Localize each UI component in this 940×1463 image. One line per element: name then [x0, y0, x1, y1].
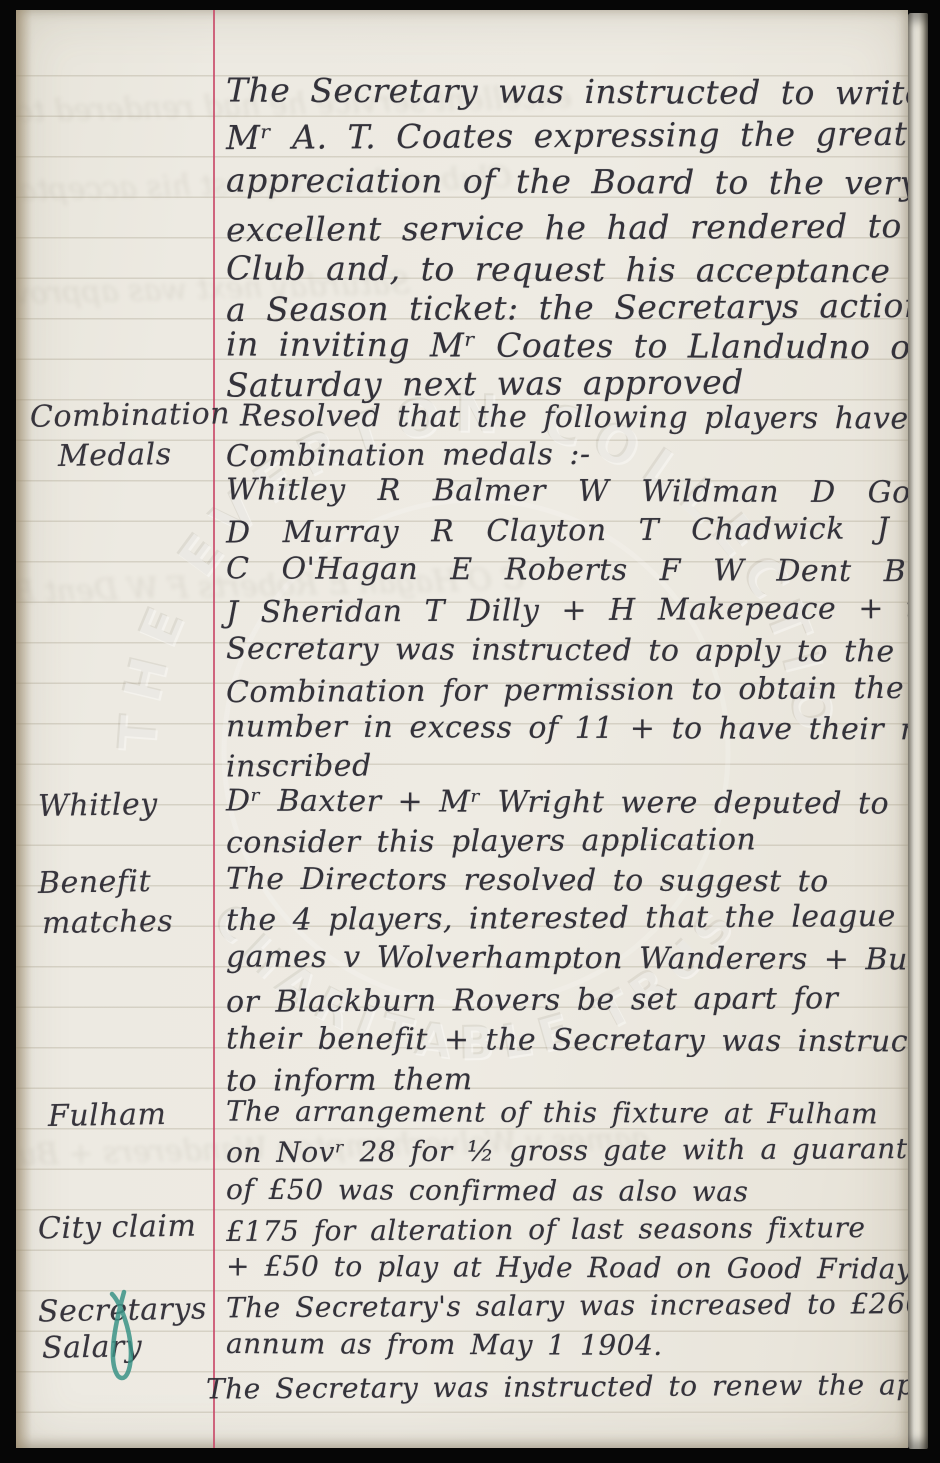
margin-note-benefit: Benefit	[38, 864, 152, 901]
handwriting-line: in inviting Mʳ Coates to Llandudno on	[226, 324, 908, 366]
margin-note-combination: Combination	[30, 396, 231, 434]
handwriting-line: Resolved that the following players have	[240, 399, 908, 437]
handwriting-line: The Directors resolved to suggest to	[226, 862, 829, 900]
handwriting-line: C O'Hagan E Roberts F W Dent B Rankin	[226, 551, 908, 590]
photo-frame: THE EVERTON COLLECTION THE EVERTON COLLE…	[0, 0, 940, 1463]
handwriting-line: their benefit + the Secretary was instru…	[226, 1021, 908, 1059]
handwriting-line: number in excess of 11 + to have their n…	[226, 709, 908, 747]
handwriting-line: on Novʳ 28 for ½ gross gate with a guara…	[226, 1132, 908, 1169]
handwriting-line: the 4 players, interested that the leagu…	[226, 899, 896, 938]
handwriting-line: games v Wolverhampton Wanderers + Bury	[226, 939, 908, 977]
red-margin-rule	[213, 10, 215, 1448]
handwriting-line: The Secretary was instructed to renew th…	[206, 1367, 908, 1405]
handwriting-line: Club and, to request his acceptance of	[226, 248, 908, 290]
handwriting-line: appreciation of the Board to the very	[226, 160, 908, 202]
margin-note-secretarys: Secretarys	[38, 1292, 207, 1330]
handwriting-line: of £50 was confirmed as also was	[226, 1173, 749, 1208]
handwriting-line: Combination for permission to obtain the	[226, 671, 904, 710]
handwriting-line: Secretary was instructed to apply to the	[226, 632, 895, 670]
handwriting-line: Dʳ Baxter + Mʳ Wright were deputed to	[226, 784, 889, 822]
handwriting-line: The Secretary was instructed to write	[226, 70, 908, 112]
handwriting-line: Combination medals :-	[226, 437, 591, 474]
margin-note-salary: Salary	[42, 1329, 143, 1366]
margin-note-whitley: Whitley	[38, 787, 158, 824]
handwriting-line: J Sheridan T Dilly + H Makepeace + the	[226, 591, 908, 630]
handwriting-line: or Blackburn Rovers be set apart for	[226, 981, 839, 1020]
handwriting-line: D Murray R Clayton T Chadwick J Russell	[226, 511, 908, 551]
ledger-page: THE EVERTON COLLECTION THE EVERTON COLLE…	[16, 10, 908, 1448]
handwriting-line: £175 for alteration of last seasons fixt…	[226, 1211, 866, 1248]
handwriting-line: to inform them	[226, 1062, 473, 1099]
handwriting-line: + £50 to play at Hyde Road on Good Frida…	[226, 1250, 908, 1286]
handwriting-line: annum as from May 1 1904.	[226, 1327, 663, 1362]
handwriting-line: inscribed	[226, 749, 372, 785]
margin-note-city-claim: City claim	[38, 1209, 197, 1247]
margin-note-matches: matches	[42, 904, 174, 941]
handwriting-line: a Season ticket: the Secretarys action	[226, 286, 908, 329]
page-edge-strip	[908, 13, 928, 1449]
margin-note-fulham: Fulham	[48, 1097, 167, 1134]
handwriting-line: Whitley R Balmer W Wildman D Gordon	[226, 472, 908, 510]
margin-note-medals: Medals	[58, 437, 172, 474]
handwriting-line: The Secretary's salary was increased to …	[226, 1287, 908, 1325]
handwriting-line: consider this players application	[226, 822, 756, 860]
handwriting-line: The arrangement of this fixture at Fulha…	[226, 1095, 878, 1131]
handwriting-line: excellent service he had rendered to the	[226, 206, 908, 250]
handwriting-line: Mʳ A. T. Coates expressing the great	[226, 114, 908, 157]
binding-shadow	[16, 10, 32, 1448]
